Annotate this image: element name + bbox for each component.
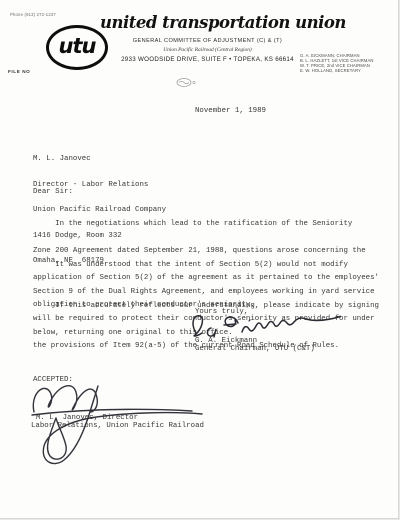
printing-union-bug-icon	[175, 77, 197, 88]
acceptor-organization: Labor Relations, Union Pacific Railroad	[31, 422, 204, 430]
committee-line: GENERAL COMMITTEE OF ADJUSTMENT (C) & (T…	[90, 38, 325, 44]
scanned-letter-page: Phone (913) 272-1237 utu united transpor…	[0, 0, 399, 519]
railroad-line: Union Pacific Railroad (Central Region)	[90, 47, 325, 53]
acceptor-typed-name: M. L. Janovec, Director	[36, 414, 138, 422]
body-line: In the negotiations which lead to the ra…	[33, 220, 379, 229]
officer-line: E. W. HOLLAND, SECRETARY	[300, 69, 395, 74]
salutation: Dear Sir:	[33, 188, 73, 196]
body-line: It was understood that the intent of Sec…	[33, 261, 375, 270]
organization-name: united transportation union	[100, 13, 345, 32]
officers-list: G. A. EICKMANN, CHAIRMAN B. L. HAZLETT, …	[300, 54, 395, 74]
recipient-line: M. L. Janovec	[33, 155, 166, 164]
signer-typed-name: G. A. Eickmann	[195, 337, 257, 345]
file-no-label: FILE NO	[8, 69, 30, 74]
signer-title: General Chairman, UTU (C&T)	[195, 345, 315, 353]
letterhead-address: 2933 WOODSIDE DRIVE, SUITE F • TOPEKA, K…	[90, 56, 325, 63]
letter-date: November 1, 1989	[195, 107, 266, 115]
phone-number: Phone (913) 272-1237	[10, 12, 56, 17]
